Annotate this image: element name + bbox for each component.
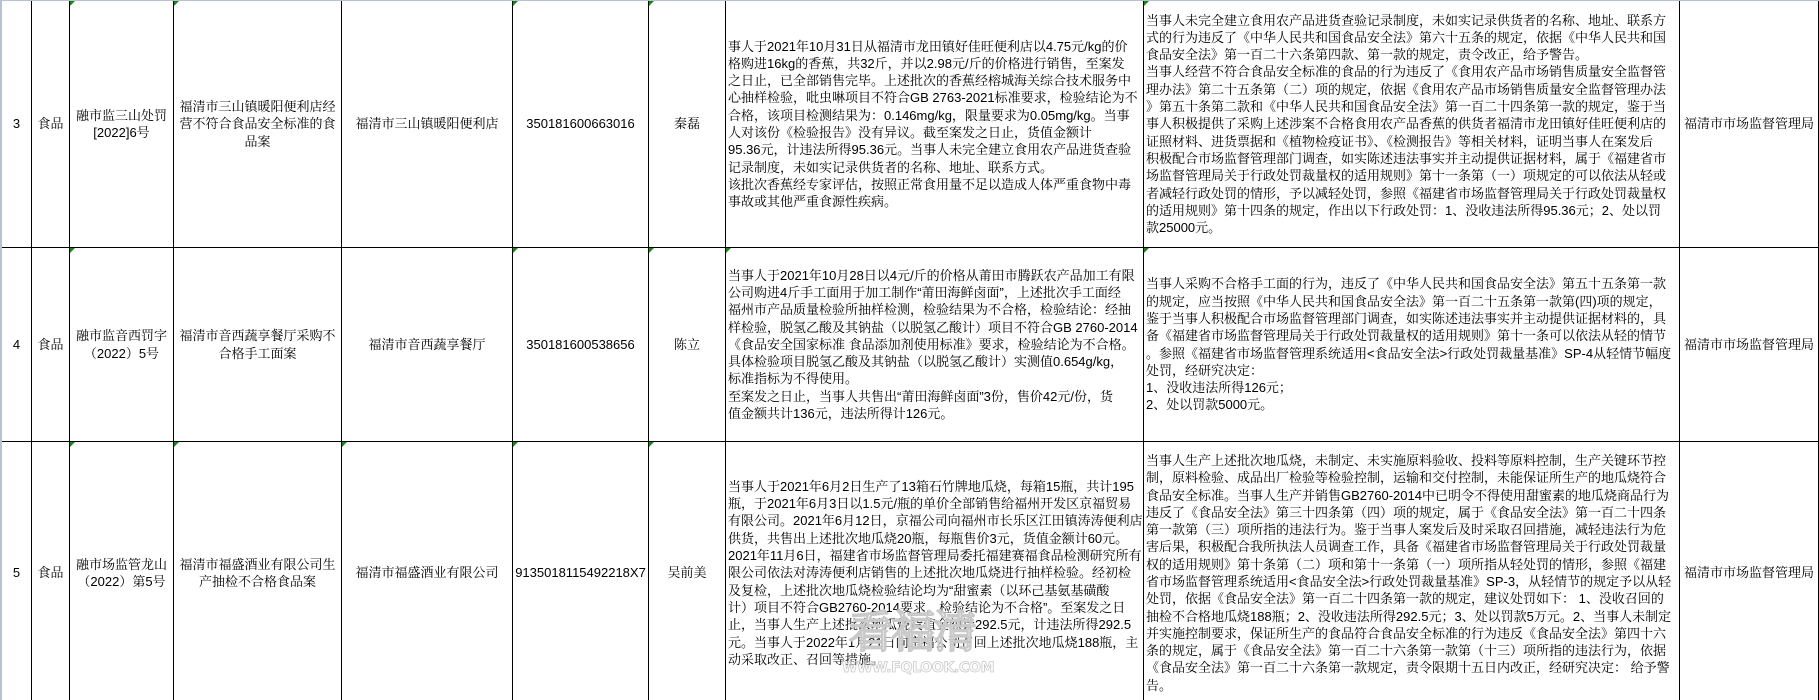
text-format-indicator-icon — [649, 248, 654, 253]
cell-legal-representative[interactable]: 陈立 — [649, 248, 726, 442]
cell-document-number[interactable]: 融市监音西罚字 （2022）5号 — [70, 248, 174, 442]
penalty-decision-text: 当事人生产上述批次地瓜烧，未制定、未实施原料验收、投料等原料控制，生产关键环节控… — [1146, 452, 1671, 694]
document-number-text: 融市监音西罚字 （2022）5号 — [76, 327, 167, 362]
legal-representative-text: 吴前美 — [667, 564, 706, 581]
document-number-text: 融市监三山处罚 [2022]6号 — [76, 107, 167, 142]
cell-authority[interactable]: 福清市市场监督管理局 — [1680, 1, 1819, 248]
row-number: 4 — [13, 336, 20, 353]
credit-code-text: 350181600538656 — [526, 336, 634, 353]
violation-facts-text: 事人于2021年10月31日从福清市龙田镇好佳旺便利店以4.75元/kg的价 格… — [728, 38, 1138, 211]
penalty-decision-text: 当事人未完全建立食用农产品进货查验记录制度，未如实记录供货者的名称、地址、联系方… — [1146, 12, 1666, 237]
cell-credit-code[interactable]: 350181600538656 — [513, 248, 649, 442]
cell-authority[interactable]: 福清市市场监督管理局 — [1680, 248, 1819, 442]
cell-number[interactable]: 4 — [2, 248, 32, 442]
text-format-indicator-icon — [649, 442, 654, 447]
text-format-indicator-icon — [726, 248, 731, 253]
party-name-text: 福清市福盛酒业有限公司 — [355, 564, 498, 581]
text-format-indicator-icon — [649, 1, 654, 6]
authority-text: 福清市市场监督管理局 — [1684, 336, 1814, 353]
row-number: 3 — [13, 115, 20, 132]
credit-code-text: 9135018115492218X7 — [515, 564, 646, 581]
text-format-indicator-icon — [1144, 248, 1149, 253]
text-format-indicator-icon — [513, 248, 518, 253]
legal-representative-text: 秦磊 — [674, 115, 700, 132]
party-name-text: 福清市音西蔬享餐厅 — [368, 336, 485, 353]
text-format-indicator-icon — [1144, 1, 1149, 6]
cell-violation-facts[interactable]: 当事人于2021年10月28日以4元/斤的价格从莆田市腾跃农产品加工有限 公司购… — [726, 248, 1144, 442]
penalty-decision-text: 当事人采购不合格手工面的行为，违反了《中华人民共和国食品安全法》第五十五条第一款… — [1146, 275, 1671, 413]
cell-credit-code[interactable]: 350181600663016 — [513, 1, 649, 248]
cell-number[interactable]: 5 — [2, 442, 32, 700]
cell-party-name[interactable]: 福清市福盛酒业有限公司 — [342, 442, 513, 700]
text-format-indicator-icon — [174, 1, 179, 6]
cell-legal-representative[interactable]: 吴前美 — [649, 442, 726, 700]
legal-representative-text: 陈立 — [674, 336, 700, 353]
credit-code-text: 350181600663016 — [526, 115, 634, 132]
cell-penalty-decision[interactable]: 当事人采购不合格手工面的行为，违反了《中华人民共和国食品安全法》第五十五条第一款… — [1144, 248, 1680, 442]
party-name-text: 福清市三山镇暖阳便利店 — [355, 115, 498, 132]
authority-text: 福清市市场监督管理局 — [1684, 115, 1814, 132]
cell-violation-facts[interactable]: 事人于2021年10月31日从福清市龙田镇好佳旺便利店以4.75元/kg的价 格… — [726, 1, 1144, 248]
text-format-indicator-icon — [342, 442, 347, 447]
cell-number[interactable]: 3 — [2, 1, 32, 248]
text-format-indicator-icon — [174, 442, 179, 447]
case-name-text: 福清市音西蔬享餐厅采购不 合格手工面案 — [179, 327, 335, 362]
cell-credit-code[interactable]: 9135018115492218X7 — [513, 442, 649, 700]
cell-case-name[interactable]: 福清市音西蔬享餐厅采购不 合格手工面案 — [174, 248, 342, 442]
authority-text: 福清市市场监督管理局 — [1684, 564, 1814, 581]
cell-category[interactable]: 食品 — [32, 248, 70, 442]
category-text: 食品 — [37, 115, 63, 132]
text-format-indicator-icon — [513, 1, 518, 6]
category-text: 食品 — [37, 564, 63, 581]
case-name-text: 福清市福盛酒业有限公司生 产抽检不合格食品案 — [179, 556, 335, 591]
cell-party-name[interactable]: 福清市音西蔬享餐厅 — [342, 248, 513, 442]
text-format-indicator-icon — [70, 248, 75, 253]
penalty-records-sheet: 3 食品 融市监三山处罚 [2022]6号 福清市三山镇暖阳便利店经 营不符合食… — [2, 1, 1819, 700]
cell-category[interactable]: 食品 — [32, 442, 70, 700]
cell-party-name[interactable]: 福清市三山镇暖阳便利店 — [342, 1, 513, 248]
cell-penalty-decision[interactable]: 当事人未完全建立食用农产品进货查验记录制度，未如实记录供货者的名称、地址、联系方… — [1144, 1, 1680, 248]
cell-penalty-decision[interactable]: 当事人生产上述批次地瓜烧，未制定、未实施原料验收、投料等原料控制，生产关键环节控… — [1144, 442, 1680, 700]
cell-case-name[interactable]: 福清市福盛酒业有限公司生 产抽检不合格食品案 — [174, 442, 342, 700]
violation-facts-text: 当事人于2021年10月28日以4元/斤的价格从莆田市腾跃农产品加工有限 公司购… — [728, 267, 1138, 423]
text-format-indicator-icon — [70, 1, 75, 6]
text-format-indicator-icon — [70, 442, 75, 447]
cell-violation-facts[interactable]: 当事人于2021年6月2日生产了13箱石竹牌地瓜烧，每箱15瓶，共计195 瓶，… — [726, 442, 1144, 700]
cell-category[interactable]: 食品 — [32, 1, 70, 248]
category-text: 食品 — [37, 336, 63, 353]
cell-authority[interactable]: 福清市市场监督管理局 — [1680, 442, 1819, 700]
cell-document-number[interactable]: 融市监三山处罚 [2022]6号 — [70, 1, 174, 248]
cell-document-number[interactable]: 融市场监管龙山 （2022）第5号 — [70, 442, 174, 700]
document-number-text: 融市场监管龙山 （2022）第5号 — [76, 556, 167, 591]
cell-legal-representative[interactable]: 秦磊 — [649, 1, 726, 248]
cell-case-name[interactable]: 福清市三山镇暖阳便利店经 营不符合食品安全标准的食 品案 — [174, 1, 342, 248]
case-name-text: 福清市三山镇暖阳便利店经 营不符合食品安全标准的食 品案 — [179, 98, 335, 150]
violation-facts-text: 当事人于2021年6月2日生产了13箱石竹牌地瓜烧，每箱15瓶，共计195 瓶，… — [728, 478, 1143, 668]
row-number: 5 — [13, 564, 20, 581]
text-format-indicator-icon — [513, 442, 518, 447]
